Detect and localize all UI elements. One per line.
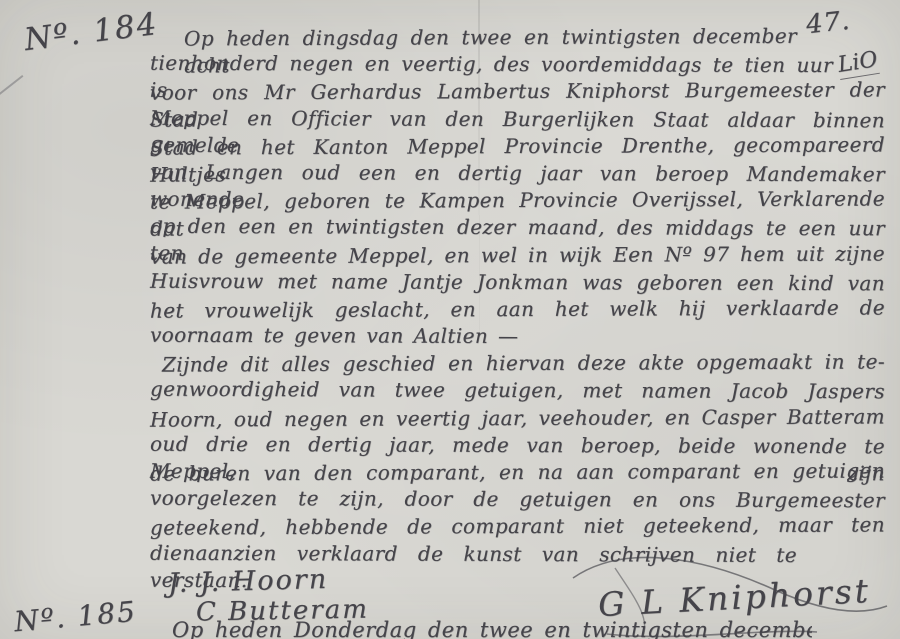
handwritten-line: de buren van den comparant, en na aan co… (150, 457, 885, 487)
handwritten-line: het vrouwelijk geslacht, en aan het welk… (150, 294, 885, 324)
handwritten-line: Zijnde dit alles geschied en hiervan dez… (150, 349, 885, 379)
handwritten-line: voorgelezen te zijn, door de getuigen en… (150, 485, 885, 515)
handwritten-line: Hoorn, oud negen en veertig jaar, veehou… (150, 403, 885, 433)
document-body: Op heden dingsdag den twee en twintigste… (150, 24, 885, 568)
handwritten-line: oud drie en dertig jaar, mede van beroep… (150, 431, 885, 461)
handwritten-line: Stad en het Kanton Meppel Provincie Dren… (150, 131, 885, 161)
handwritten-line: Meppel en Officier van den Burgerlijken … (150, 104, 885, 134)
handwritten-line: genwoordigheid van twee getuigen, met na… (150, 376, 885, 406)
next-act-preview-clip: Op heden Donderdag den twee en twintigst… (172, 618, 812, 639)
act-number: Nº. 184 (22, 6, 160, 58)
next-act-number: Nº. 185 (13, 595, 138, 639)
scan-edge-mark (0, 75, 23, 95)
handwritten-line: tienhonderd negen en veertig, des voorde… (150, 50, 885, 80)
handwritten-line: geteekend, hebbende de comparant niet ge… (150, 512, 885, 542)
handwritten-line: van de gemeente Meppel, en wel in wijk E… (150, 240, 885, 270)
handwritten-line: dienaanzien verklaard de kunst van schri… (150, 539, 885, 569)
handwritten-line: van Langen oud een en dertig jaar van be… (150, 159, 885, 189)
signature-witness-1: J. J. Hoorn (168, 564, 329, 599)
handwritten-line: Op heden dingsdag den twee en twintigste… (150, 22, 885, 52)
handwritten-line: voor ons Mr Gerhardus Lambertus Kniphors… (150, 77, 885, 107)
handwritten-line: voornaam te geven van Aaltien — (150, 322, 885, 352)
signature-official: G L Kniphorst (597, 571, 872, 624)
handwritten-line: Huisvrouw met name Jantje Jonkman was ge… (150, 267, 885, 297)
handwritten-line: te Meppel, geboren te Kampen Provincie O… (150, 186, 885, 216)
handwritten-line: op den een en twintigsten dezer maand, d… (150, 213, 885, 243)
scanned-document-page: Nº. 184 47. LiO Op heden dingsdag den tw… (0, 0, 900, 639)
next-act-preview-line: Op heden Donderdag den twee en twintigst… (172, 618, 812, 639)
